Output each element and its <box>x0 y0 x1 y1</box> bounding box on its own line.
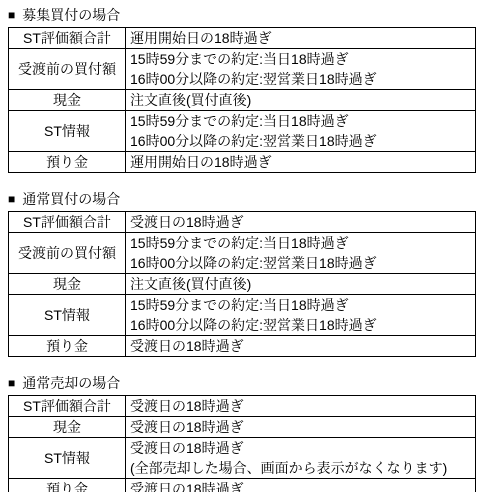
schedule-table: ST評価額合計 受渡日の18時過ぎ 現金 受渡日の18時過ぎ ST情報 受渡日の… <box>8 395 476 492</box>
table-row: ST情報 15時59分までの約定:当日18時過ぎ 16時00分以降の約定:翌営業… <box>9 295 476 336</box>
row-label: 預り金 <box>9 479 126 492</box>
section-offering-purchase: ■ 募集買付の場合 ST評価額合計 運用開始日の18時過ぎ 受渡前の買付額 15… <box>8 6 478 173</box>
row-value: 受渡日の18時過ぎ (全部売却した場合、画面から表示がなくなります) <box>126 438 476 479</box>
table-row: ST評価額合計 運用開始日の18時過ぎ <box>9 28 476 49</box>
row-value: 受渡日の18時過ぎ <box>126 479 476 492</box>
row-value: 15時59分までの約定:当日18時過ぎ 16時00分以降の約定:翌営業日18時過… <box>126 111 476 152</box>
row-label: ST評価額合計 <box>9 28 126 49</box>
row-value: 注文直後(買付直後) <box>126 90 476 111</box>
row-label: 受渡前の買付額 <box>9 233 126 274</box>
row-label: ST評価額合計 <box>9 212 126 233</box>
square-bullet-icon: ■ <box>8 6 15 24</box>
section-title: 通常売却の場合 <box>22 374 120 392</box>
row-label: ST情報 <box>9 295 126 336</box>
section-normal-purchase: ■ 通常買付の場合 ST評価額合計 受渡日の18時過ぎ 受渡前の買付額 15時5… <box>8 190 478 357</box>
row-value: 注文直後(買付直後) <box>126 274 476 295</box>
section-title: 通常買付の場合 <box>22 190 120 208</box>
row-label: 現金 <box>9 417 126 438</box>
table-row: 預り金 運用開始日の18時過ぎ <box>9 152 476 173</box>
table-row: 現金 受渡日の18時過ぎ <box>9 417 476 438</box>
table-row: ST情報 受渡日の18時過ぎ (全部売却した場合、画面から表示がなくなります) <box>9 438 476 479</box>
row-label: 預り金 <box>9 152 126 173</box>
section-heading: ■ 通常買付の場合 <box>8 190 478 208</box>
table-row: 預り金 受渡日の18時過ぎ <box>9 479 476 492</box>
schedule-table: ST評価額合計 運用開始日の18時過ぎ 受渡前の買付額 15時59分までの約定:… <box>8 27 476 173</box>
row-label: 現金 <box>9 90 126 111</box>
section-normal-sale: ■ 通常売却の場合 ST評価額合計 受渡日の18時過ぎ 現金 受渡日の18時過ぎ… <box>8 374 478 492</box>
row-value: 15時59分までの約定:当日18時過ぎ 16時00分以降の約定:翌営業日18時過… <box>126 233 476 274</box>
row-value: 15時59分までの約定:当日18時過ぎ 16時00分以降の約定:翌営業日18時過… <box>126 49 476 90</box>
section-heading: ■ 募集買付の場合 <box>8 6 478 24</box>
section-title: 募集買付の場合 <box>22 6 120 24</box>
table-row: 受渡前の買付額 15時59分までの約定:当日18時過ぎ 16時00分以降の約定:… <box>9 49 476 90</box>
row-value: 15時59分までの約定:当日18時過ぎ 16時00分以降の約定:翌営業日18時過… <box>126 295 476 336</box>
table-row: 現金 注文直後(買付直後) <box>9 274 476 295</box>
table-row: 受渡前の買付額 15時59分までの約定:当日18時過ぎ 16時00分以降の約定:… <box>9 233 476 274</box>
schedule-table: ST評価額合計 受渡日の18時過ぎ 受渡前の買付額 15時59分までの約定:当日… <box>8 211 476 357</box>
table-row: ST評価額合計 受渡日の18時過ぎ <box>9 396 476 417</box>
row-value: 受渡日の18時過ぎ <box>126 417 476 438</box>
row-value: 受渡日の18時過ぎ <box>126 336 476 357</box>
table-row: ST情報 15時59分までの約定:当日18時過ぎ 16時00分以降の約定:翌営業… <box>9 111 476 152</box>
section-heading: ■ 通常売却の場合 <box>8 374 478 392</box>
document-page: ■ 募集買付の場合 ST評価額合計 運用開始日の18時過ぎ 受渡前の買付額 15… <box>0 0 486 492</box>
table-row: 現金 注文直後(買付直後) <box>9 90 476 111</box>
table-row: ST評価額合計 受渡日の18時過ぎ <box>9 212 476 233</box>
row-value: 運用開始日の18時過ぎ <box>126 28 476 49</box>
row-label: 受渡前の買付額 <box>9 49 126 90</box>
square-bullet-icon: ■ <box>8 190 15 208</box>
row-value: 受渡日の18時過ぎ <box>126 212 476 233</box>
row-label: ST情報 <box>9 438 126 479</box>
row-label: ST評価額合計 <box>9 396 126 417</box>
square-bullet-icon: ■ <box>8 374 15 392</box>
row-label: 預り金 <box>9 336 126 357</box>
row-label: ST情報 <box>9 111 126 152</box>
row-label: 現金 <box>9 274 126 295</box>
row-value: 運用開始日の18時過ぎ <box>126 152 476 173</box>
table-row: 預り金 受渡日の18時過ぎ <box>9 336 476 357</box>
row-value: 受渡日の18時過ぎ <box>126 396 476 417</box>
